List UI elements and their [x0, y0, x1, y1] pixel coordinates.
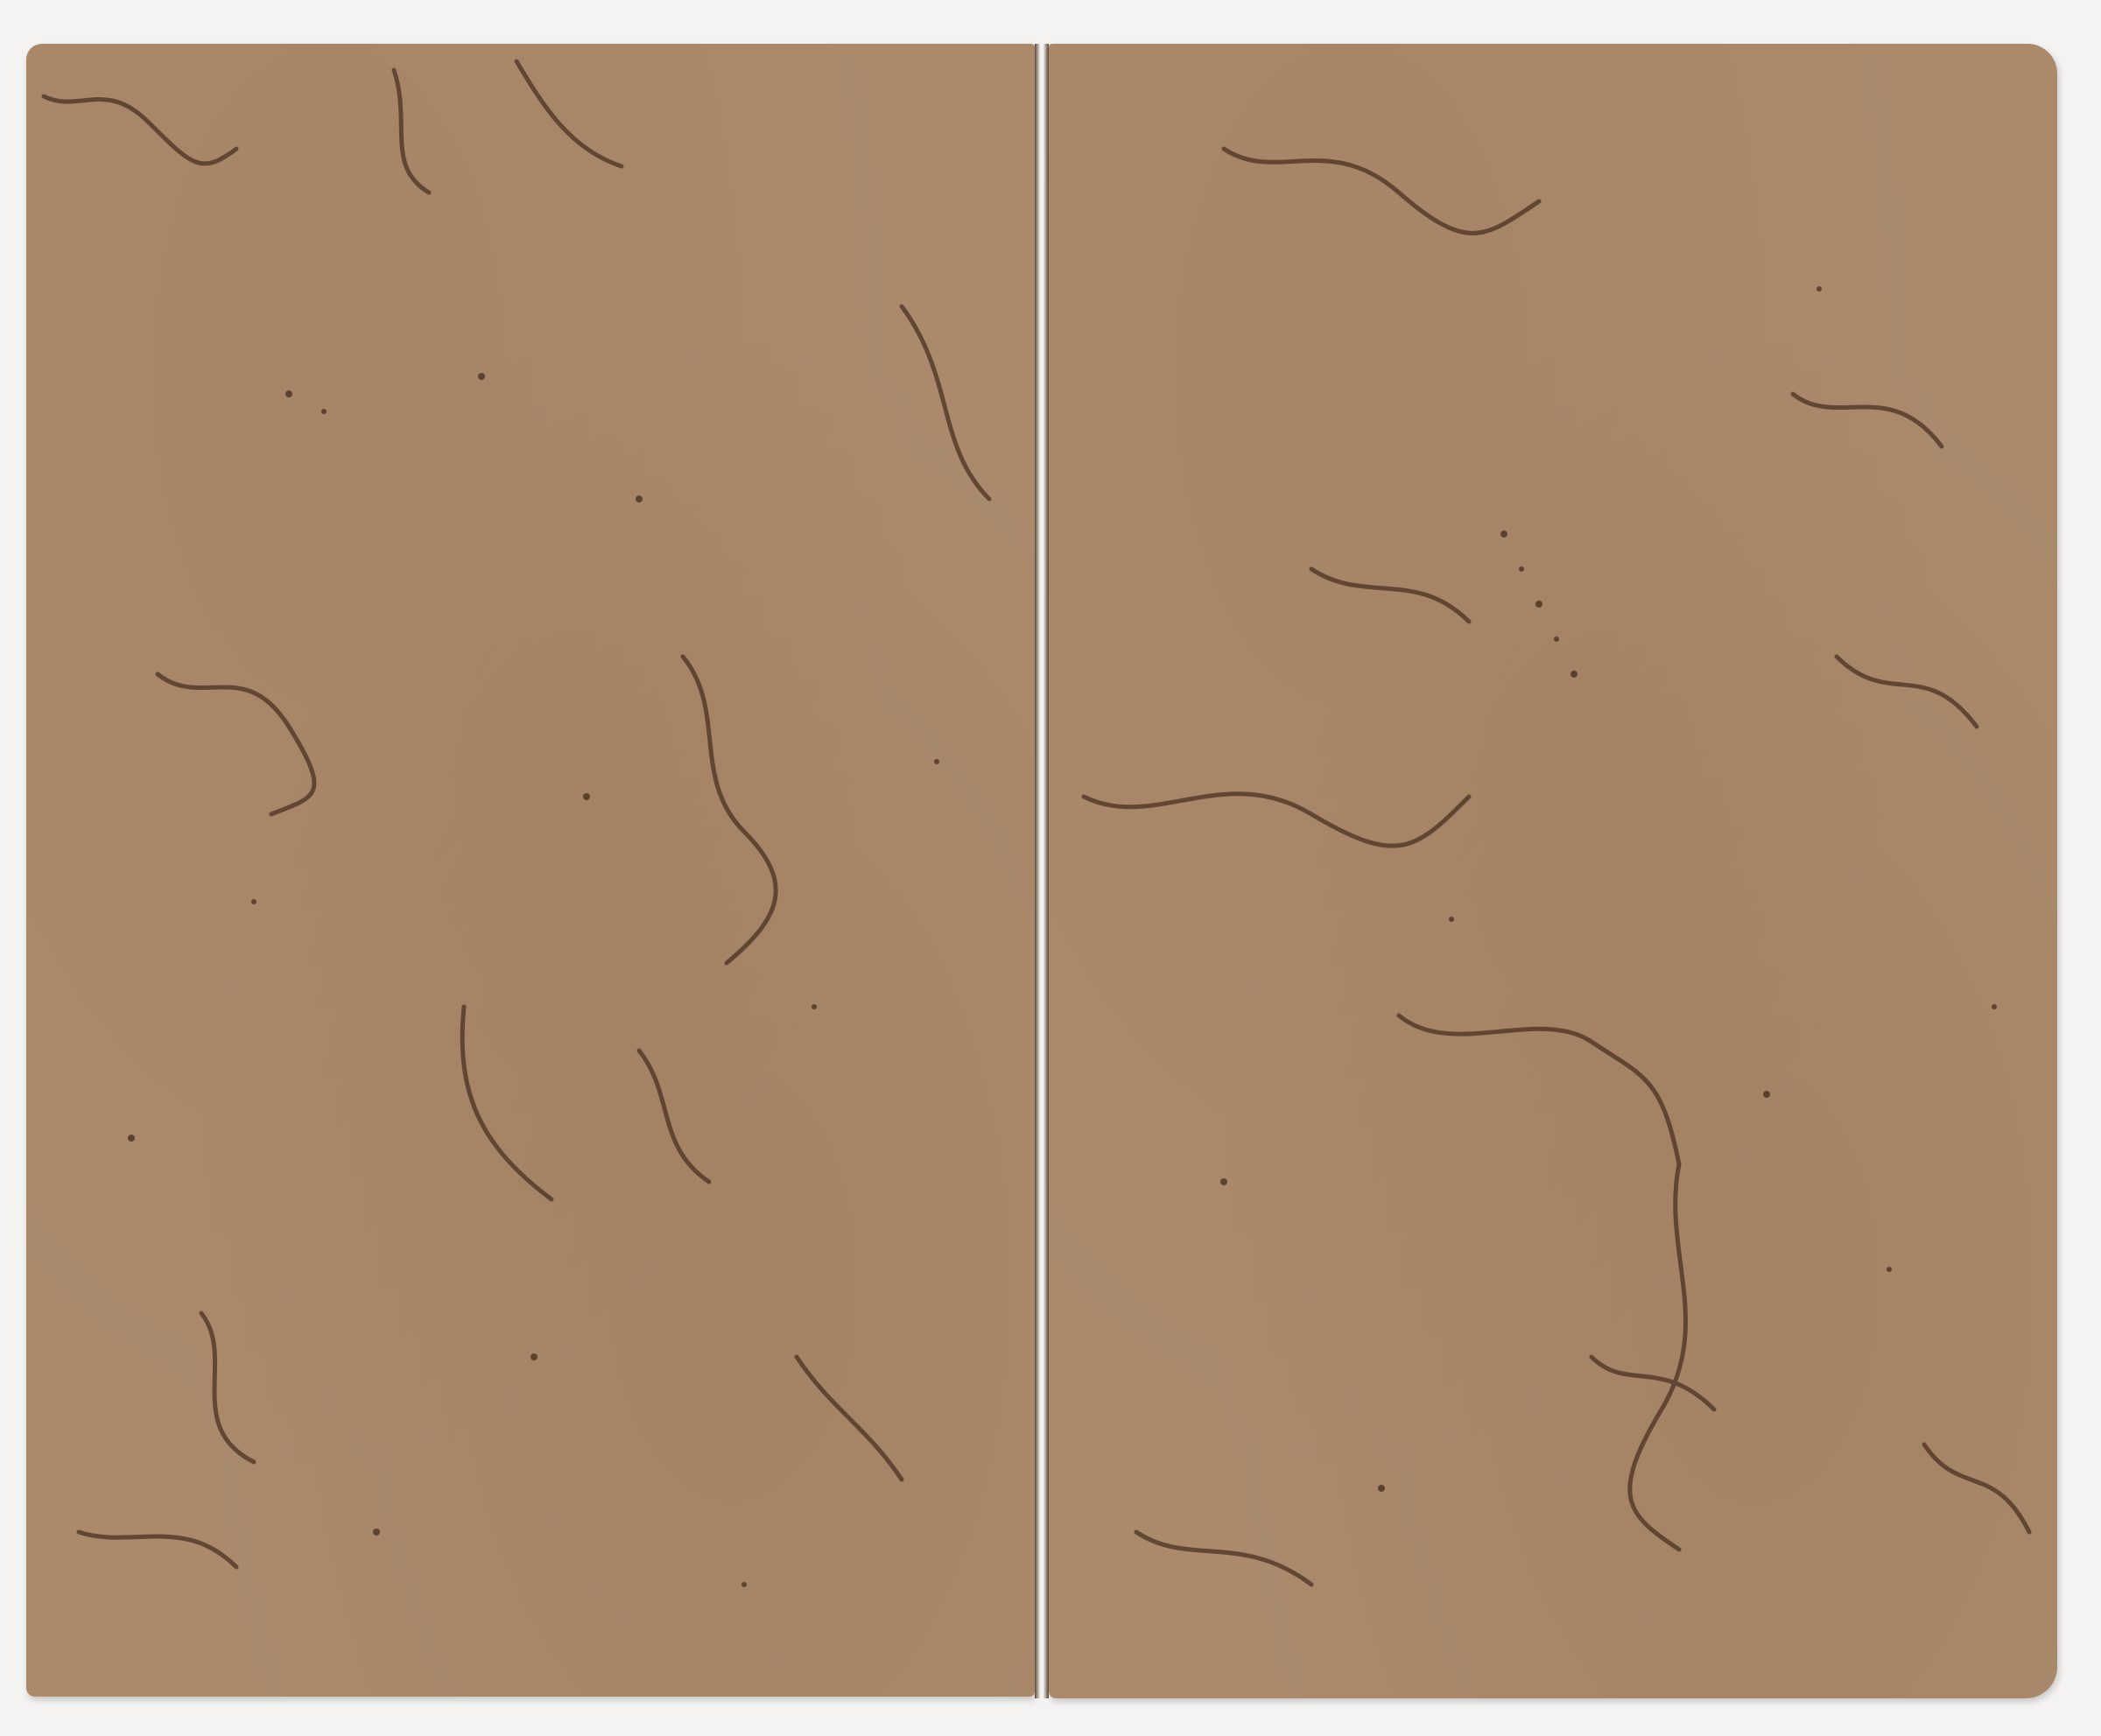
worm-tunnels-left — [26, 44, 1035, 1697]
left-book-board — [26, 44, 1035, 1697]
board-gap — [1035, 44, 1049, 1698]
right-book-board — [1049, 44, 2057, 1698]
worm-tunnels-right — [1049, 44, 2057, 1698]
